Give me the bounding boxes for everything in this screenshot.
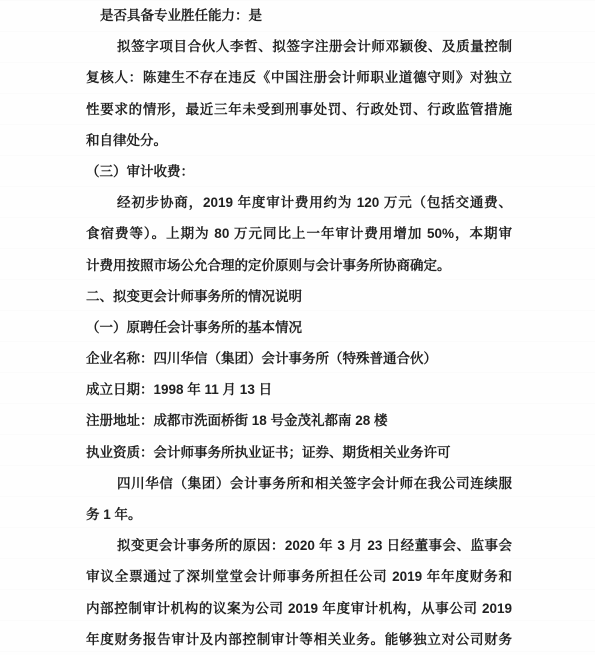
document-line: 成立日期：1998 年 11 月 13 日 <box>86 374 512 405</box>
document-line: 务 1 年。 <box>86 499 512 530</box>
document-line: 注册地址：成都市洗面桥街 18 号金茂礼都南 28 楼 <box>86 405 512 436</box>
document-line: 审议全票通过了深圳堂堂会计师事务所担任公司 2019 年年度财务和 <box>86 561 512 592</box>
document-line: （三）审计收费： <box>86 156 512 187</box>
document-line: 四川华信（集团）会计事务所和相关签字会计师在我公司连续服 <box>86 468 512 499</box>
document-line: 计费用按照市场公允合理的定价原则与会计事务所协商确定。 <box>86 250 512 281</box>
document-line: 是否具备专业胜任能力：是 <box>86 0 512 31</box>
document-line: 企业名称：四川华信（集团）会计事务所（特殊普通合伙） <box>86 343 512 374</box>
document-line: 内部控制审计机构的议案为公司 2019 年度审计机构，从事公司 2019 <box>86 593 512 624</box>
document-line: 性要求的情形，最近三年未受到刑事处罚、行政处罚、行政监管措施 <box>86 94 512 125</box>
document-line: 和自律处分。 <box>86 125 512 156</box>
document-line: （一）原聘任会计事务所的基本情况 <box>86 312 512 343</box>
document-line: 复核人：陈建生不存在违反《中国注册会计师职业道德守则》对独立 <box>86 62 512 93</box>
document-line: 经初步协商，2019 年度审计费用约为 120 万元（包括交通费、 <box>86 187 512 218</box>
document-line: 拟变更会计事务所的原因：2020 年 3 月 23 日经董事会、监事会 <box>86 530 512 561</box>
document-line: 食宿费等）。上期为 80 万元同比上一年审计费用增加 50%，本期审 <box>86 218 512 249</box>
document-line: 二、拟变更会计师事务所的情况说明 <box>86 281 512 312</box>
document-line: 执业资质：会计师事务所执业证书；证券、期货相关业务许可 <box>86 437 512 468</box>
document-body: 是否具备专业胜任能力：是拟签字项目合伙人李哲、拟签字注册会计师邓颖俊、及质量控制… <box>0 0 595 655</box>
document-line: 年度财务报告审计及内部控制审计等相关业务。能够独立对公司财务 <box>86 624 512 655</box>
document-page: 是否具备专业胜任能力：是拟签字项目合伙人李哲、拟签字注册会计师邓颖俊、及质量控制… <box>0 0 595 655</box>
document-line: 拟签字项目合伙人李哲、拟签字注册会计师邓颖俊、及质量控制 <box>86 31 512 62</box>
